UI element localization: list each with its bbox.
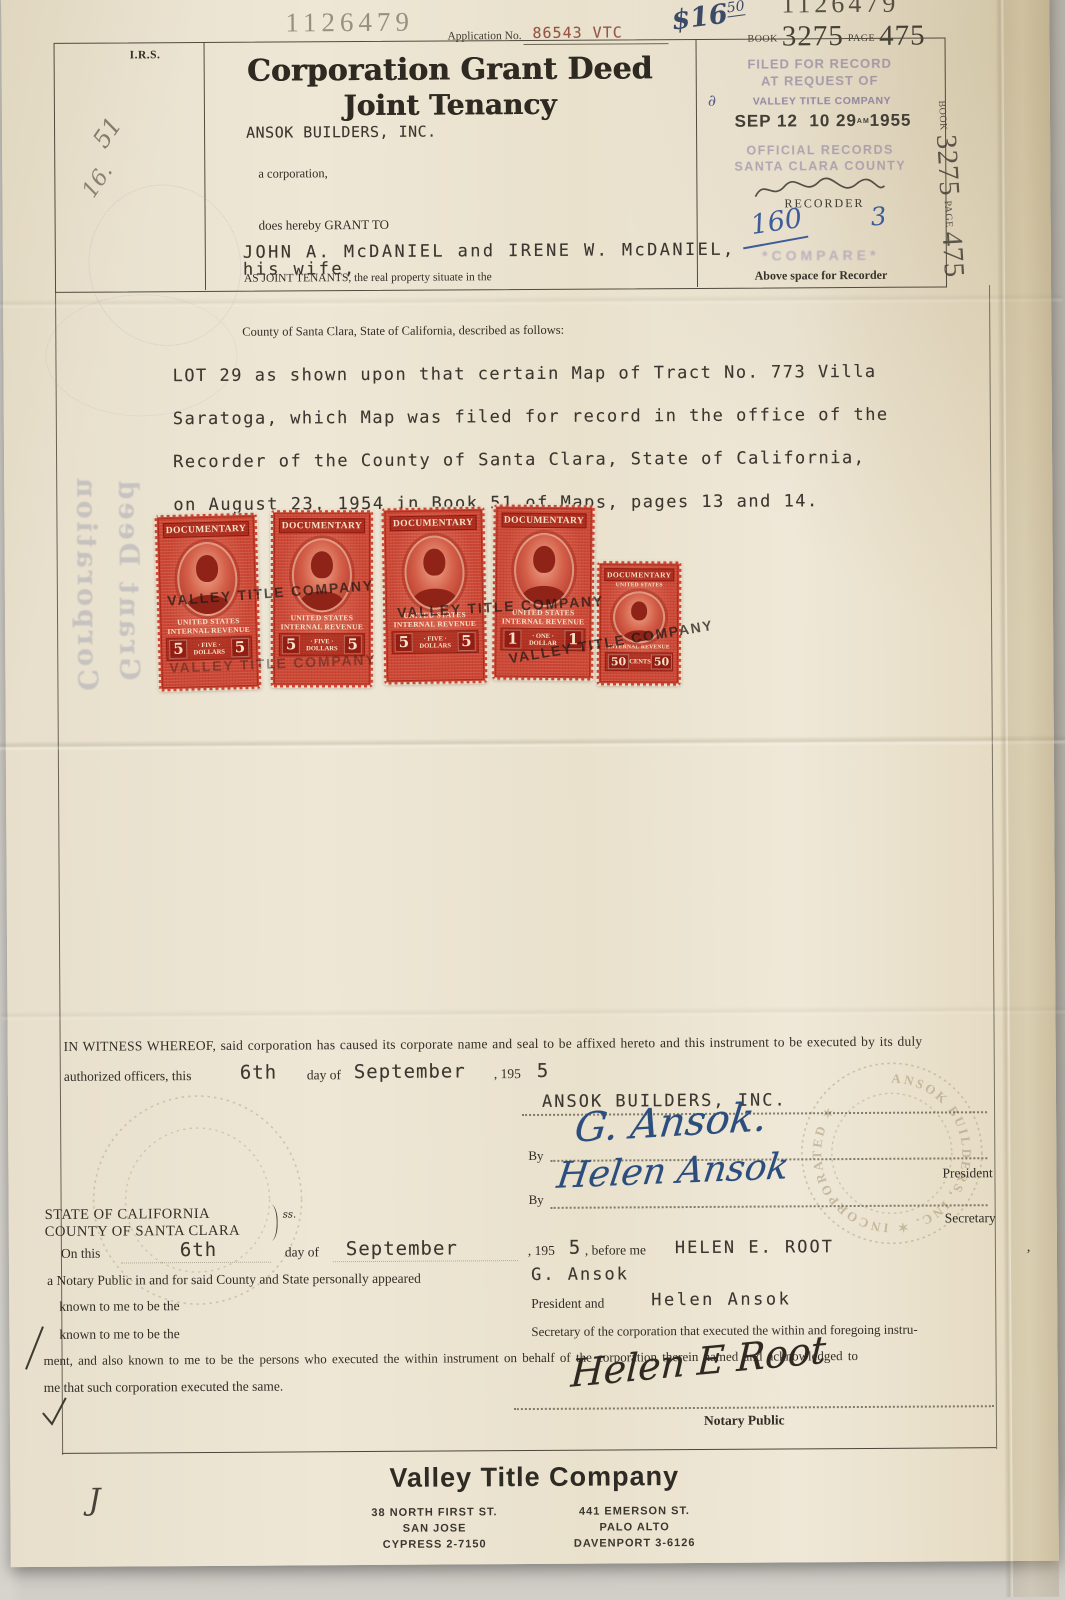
official-records-line2: SANTA CLARA COUNTY [696,158,944,174]
notary-before-me-label: , before me [585,1242,646,1258]
fee-handwritten: $1650 [670,0,748,37]
stamp-org: UNITED STATESINTERNAL REVENUE [275,614,369,631]
witness-year-prefix: , 195 [494,1066,521,1082]
stamp-value-left: 50 [608,654,629,669]
stamp-value-left: 5 [169,640,188,659]
stamp-value-right: 5 [230,638,249,657]
stamp-banner: DOCUMENTARY [390,515,477,531]
witness-date-pre: authorized officers, this [64,1068,192,1085]
footer-address-right-street: 441 EMERSON ST. [544,1503,724,1520]
notary-appeared-name: G. Ansok [531,1264,629,1285]
grant-clause: does hereby GRANT TO [259,217,389,234]
side-page-number: 475 [936,231,971,279]
stamp-banner: DOCUMENTARY [604,568,674,581]
stamp-value-left: 1 [503,630,522,649]
footer-address-right-city: PALO ALTO [545,1519,725,1536]
footer-address-left: 38 NORTH FIRST ST. SAN JOSE CYPRESS 2-71… [344,1504,524,1553]
joint-tenants-clause: AS JOINT TENANTS, the real property situ… [244,271,492,285]
paper-fold-right-edge [1003,0,1059,1597]
side-page-label: PAGE [942,200,955,228]
doc-number-stamp-right: 1126479 [781,0,899,19]
irs-label: I.R.S. [130,49,161,61]
body-border-right [989,285,997,1449]
hand-digit: 3 [869,201,888,231]
secretary-label: Secretary [945,1210,996,1226]
ghost-text-line2: Grant Deed [112,420,145,680]
official-records-line1: OFFICIAL RECORDS [696,142,944,158]
deed-page: 1126479 Application No. 86543 VTC $1650 … [0,0,1065,1600]
deed-title: Corporation Grant Deed [204,51,696,89]
known-clause-2: known to me to be the [59,1326,179,1343]
signature-line-notary [514,1405,994,1410]
president-label: President [942,1165,992,1181]
state-label: STATE OF CALIFORNIA [45,1206,211,1224]
fee-cents: 50 [726,0,746,17]
notary-name: HELEN E. ROOT [675,1237,834,1258]
footer-address-left-phone: CYPRESS 2-7150 [345,1536,525,1553]
corporation-label: a corporation, [258,166,328,181]
fold-crease-middle [0,735,1065,752]
fee-amount: $16 [670,0,730,37]
doc-number-stamp-left: 1126479 [285,7,414,39]
company-stamp: VALLEY TITLE COMPANY [702,94,942,107]
stamp-org: UNITED STATES [601,582,677,588]
notary-year-prefix: , 195 [528,1243,555,1259]
faint-seal-ghost-2 [45,294,238,417]
portrait-bust-head [533,546,555,573]
acknowledgment-line-2: me that such corporation executed the sa… [44,1379,284,1396]
witness-year-digit: 5 [537,1060,549,1082]
secretary-signature: Helen Ansok [555,1146,792,1197]
notary-month: September [346,1237,458,1260]
side-book-label: BOOK [936,100,949,131]
witness-day: 6th [240,1062,277,1084]
fold-crease-lower [1,1005,1065,1022]
grantor-name: ANSOK BUILDERS, INC. [246,123,437,142]
ss-label: ss. [283,1209,297,1220]
stamp-banner: DOCUMENTARY [279,518,365,533]
stamp-value-band: 50 CENTS 50 [605,652,673,671]
footer-address-right-phone: DAVENPORT 3-6126 [545,1535,725,1552]
portrait-bust-head [196,555,219,583]
recorder-caption: Above space for Recorder [697,267,945,284]
legal-description-line-1: LOT 29 as shown upon that certain Map of… [172,362,876,386]
notary-trailing-comma: , [1027,1240,1031,1256]
margin-pen-mark: J [88,1483,100,1518]
filed-stamp-line1: FILED FOR RECORD [696,55,944,72]
deed-subtitle: Joint Tenancy [204,87,696,123]
county-clause: County of Santa Clara, State of Californ… [242,323,564,340]
footer-address-left-street: 38 NORTH FIRST ST. [344,1504,524,1521]
notary-day: 6th [180,1239,217,1261]
notary-appeared-clause: a Notary Public in and for said County a… [47,1271,421,1289]
president-and-label: President and [531,1296,604,1312]
witness-month: September [354,1060,466,1083]
portrait-bust-head [311,551,333,578]
footer-address-right: 441 EMERSON ST. PALO ALTO DAVENPORT 3-61… [544,1503,724,1552]
notary-public-label: Notary Public [704,1412,785,1428]
footer-address-left-city: SAN JOSE [345,1520,525,1537]
ghost-text-line1: Corporation [70,431,103,691]
by-label-secretary: By [529,1192,544,1208]
notary-secretary-name: Helen Ansok [651,1289,791,1310]
date-stamp: SEP 12 10 29AM 1955 [708,110,938,131]
side-book-number: 3275 [930,134,966,198]
stamp-banner: DOCUMENTARY [502,513,587,529]
stamp-org: UNITED STATESINTERNAL REVENUE [161,617,255,637]
stamp-value-left: 5 [282,635,300,654]
body-border-bottom [62,1447,996,1454]
notary-day-of-label: day of [285,1244,319,1260]
date-month-day: SEP 12 [734,111,797,130]
date-year: 1955 [870,111,912,130]
filed-stamp-line2: AT REQUEST OF [696,72,944,89]
legal-description-line-2: Saratoga, which Map was filed for record… [173,405,889,429]
date-ampm: AM [857,119,864,125]
stamp-portrait [292,538,352,612]
stamp-banner: DOCUMENTARY [163,521,249,538]
pen-slash-mark [25,1326,44,1369]
stamp-value-words: CENTS [629,658,651,665]
witness-clause: IN WITNESS WHEREOF, said corporation has… [64,1034,923,1055]
witness-day-of-label: day of [307,1067,341,1083]
photo-background: 1126479 Application No. 86543 VTC $1650 … [0,0,1065,1600]
by-label-president: By [528,1148,543,1164]
leader-month [333,1260,518,1262]
footer-company-name: Valley Title Company [334,1461,734,1494]
legal-description-line-3: Recorder of the County of Santa Clara, S… [173,448,865,472]
notary-year-digit: 5 [569,1237,581,1259]
compare-stamp: *COMPARE* [697,246,945,264]
stamp-value-right: 50 [651,654,672,669]
stamp-value-words: · FIVE ·DOLLARS [306,638,337,652]
stamp-value-words: · FIVE ·DOLLARS [193,641,225,656]
paper: 1126479 Application No. 86543 VTC $1650 … [1,0,1059,1567]
notary-on-this-label: On this [61,1246,100,1262]
known-clause-1: known to me to be the [59,1298,179,1315]
pen-check-mark [40,1395,76,1429]
date-time: 10 29 [809,111,857,130]
stamp-value-words: · FIVE ·DOLLARS [419,635,451,650]
